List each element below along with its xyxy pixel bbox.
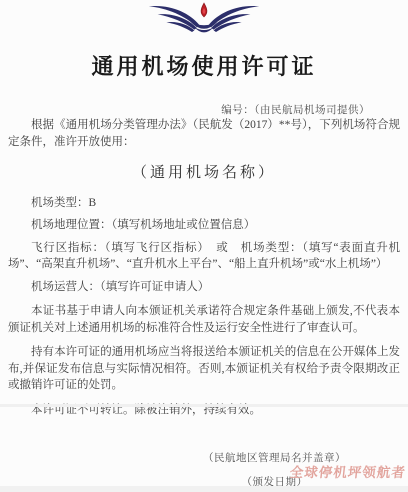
clause-issuance-basis: 本证书基于申请人向本颁证机关承诺符合规定条件基础上颁发,不代表本颁证机关对上述通… [8, 303, 400, 336]
permit-document: 通用机场使用许可证 编号：（由民航局机场司提供） 根据《通用机场分类管理办法》（… [0, 0, 408, 492]
caac-wings-icon [144, 1, 264, 39]
document-body: 根据《通用机场分类管理办法》（民航发（2017）**号），下列机场符合规定条件，… [0, 117, 408, 418]
field-flight-area-index: 飞行区指标：（填写飞行区指标） 或 机场类型：（填写“表面直升机场”、“高架直升… [8, 240, 400, 273]
clause-publication-duty: 持有本许可证的通用机场应当将报送给本颁证机关的信息在公开媒体上发布,并保证发布信… [8, 344, 400, 394]
intro-paragraph: 根据《通用机场分类管理办法》（民航发（2017）**号），下列机场符合规定条件，… [8, 117, 400, 150]
scan-artifact-streak [0, 404, 408, 407]
serial-number: 编号：（由民航局机场司提供） [0, 102, 408, 117]
document-title: 通用机场使用许可证 [0, 50, 408, 81]
field-airport-location: 机场地理位置：（填写机场地址或位置信息） [8, 217, 400, 234]
field-airport-operator: 机场运营人：（填写许可证申请人） [8, 279, 400, 296]
caac-logo [0, 0, 408, 41]
watermark-text: 全球停机坪领航者 [289, 461, 407, 481]
field-airport-type: 机场类型：B [8, 195, 400, 212]
scan-artifact-bottom [0, 486, 408, 492]
airport-name-heading: （通用机场名称） [8, 165, 400, 182]
